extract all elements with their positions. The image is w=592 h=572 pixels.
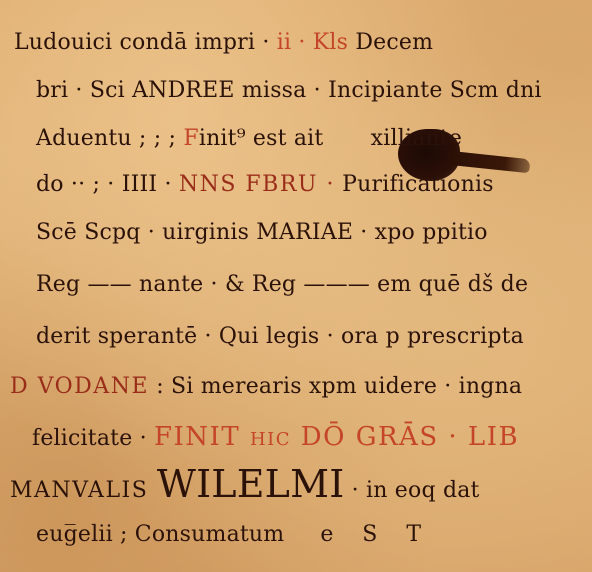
line-5-text: Scē Scpq · uirginis MARIAE · xpo ppitio [36, 220, 488, 245]
line-4-text-a: do ·· ; · IIII · [36, 172, 179, 197]
line-4-text-b: Purificationis [335, 172, 494, 197]
line-6-text: Reg —— nante · & Reg ——— em quē dš de [36, 272, 528, 297]
line-1-text-a: Ludouici condā impri · [14, 30, 277, 55]
manuscript-line-7: derit sperantē · Qui legis · ora p presc… [36, 324, 524, 349]
manuscript-line-2: bri · Sci ANDREE missa · Incipiante Scm … [36, 78, 542, 103]
manuscript-line-8: D VODANE : Si merearis xpm uidere · ingn… [10, 374, 522, 399]
line-3-text-c: xilliante [371, 126, 463, 151]
line-10-text-a: MANVALIS [10, 478, 157, 503]
line-7-text: derit sperantē · Qui legis · ora p presc… [36, 324, 524, 349]
line-10-name-wilelmi: WILELMI [157, 462, 345, 506]
manuscript-line-6: Reg —— nante · & Reg ——— em quē dš de [36, 272, 528, 297]
manuscript-line-3: Aduentu ; ; ; Finit⁹ est ait xilliante [36, 126, 462, 151]
line-1-text-b: Decem [348, 30, 433, 55]
line-11-text: eug̅elii ; Consumatum e S T [36, 522, 421, 547]
line-3-text-b: init⁹ est ait [199, 126, 331, 151]
manuscript-line-5: Scē Scpq · uirginis MARIAE · xpo ppitio [36, 220, 488, 245]
manuscript-line-4: do ·· ; · IIII · NNS FBRU · Purification… [36, 172, 494, 197]
line-10-text-b: · in eoq dat [344, 478, 479, 503]
line-9-rubric-explicit: FINIT hic DŌ GRĀS · LIB [154, 422, 519, 452]
manuscript-line-11: eug̅elii ; Consumatum e S T [36, 522, 421, 547]
line-4-rubric: NNS FBRU · [179, 172, 335, 197]
manuscript-page: Ludouici condā impri · ii · Kls Decem br… [0, 0, 592, 572]
ink-blot-smear [447, 151, 530, 173]
line-9-text: felicitate · [32, 426, 154, 451]
line-1-rubric: ii · Kls [277, 30, 348, 55]
line-3-rubric-initial: F [183, 126, 198, 151]
line-8-text: : Si merearis xpm uidere · ingna [149, 374, 522, 399]
line-2-text: bri · Sci ANDREE missa · Incipiante Scm … [36, 78, 542, 103]
line-3-text-a: Aduentu ; ; ; [36, 126, 183, 151]
manuscript-line-1: Ludouici condā impri · ii · Kls Decem [14, 30, 433, 55]
manuscript-line-9: felicitate · FINIT hic DŌ GRĀS · LIB [32, 422, 519, 452]
manuscript-line-10: MANVALIS WILELMI · in eoq dat [10, 462, 480, 506]
line-8-rubric-name: D VODANE [10, 374, 149, 399]
